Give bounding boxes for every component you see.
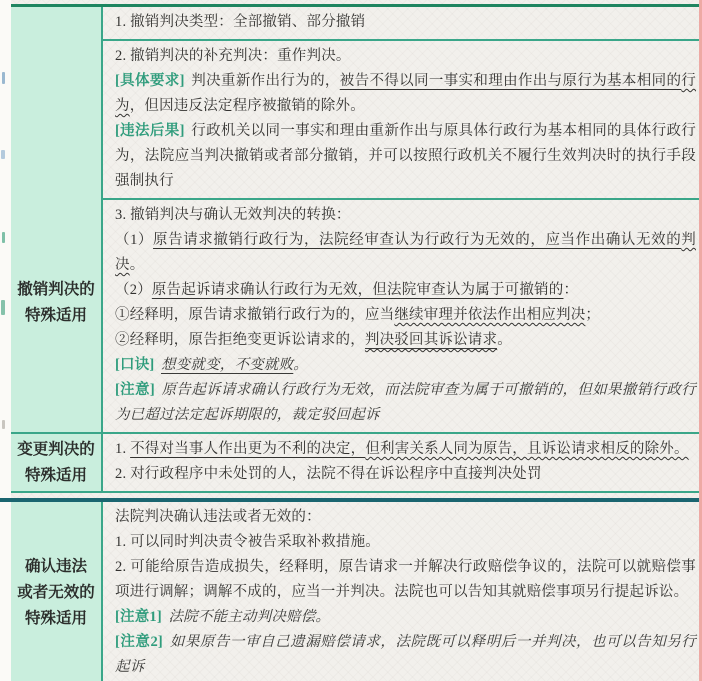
bracket-label: [注意1] [115,609,162,625]
book-page: 撤销判决的特殊适用1. 撤销判决类型：全部撤销、部分撤销2. 撤销判决的补充判决… [0,0,702,681]
scan-artifact [2,420,5,429]
text-segment: （1） [115,232,153,248]
table-cell-2-1: 1. 不得对当事人作出更为不利的决定，但利害关系人同为原告，且诉讼请求相反的除外… [103,434,702,491]
section-divider [0,498,702,502]
row-content-column: 1. 不得对当事人作出更为不利的决定，但利害关系人同为原告，且诉讼请求相反的除外… [103,434,702,491]
text-segment: ①经释明，原告请求撤销行政行为的，应当 [115,307,394,323]
paragraph: ②经释明，原告拒绝变更诉讼请求的，判决驳回其诉讼请求。 [115,328,696,353]
row-header-1: 撤销判决的特殊适用 [11,7,103,432]
text-segment: ； [585,307,600,323]
text-segment: 2. 撤销判决的补充判决：重作判决。 [115,48,351,64]
text-segment: 1. [115,441,130,457]
scan-artifact [1,150,5,159]
paragraph: 1. 可以同时判决责令被告采取补救措施。 [115,530,696,555]
row-header-3: 确认违法或者无效的特殊适用 [11,502,103,681]
row-header-line: 确认违法 [25,554,87,580]
table-cell-1-2: 2. 撤销判决的补充判决：重作判决。[具体要求]判决重新作出行为的，被告不得以同… [103,39,702,198]
text-segment: ②经释明，原告拒绝变更诉讼请求的， [115,332,365,348]
text-segment: ，但因违反法定程序被撤销的除外。 [130,98,365,114]
text-segment: 法院判决确认违法或者无效的： [115,509,321,525]
row-header-2: 变更判决的特殊适用 [11,434,103,491]
table-row-group-2: 变更判决的特殊适用1. 不得对当事人作出更为不利的决定，但利害关系人同为原告，且… [11,432,702,491]
text-segment: 法院不能主动判决赔偿。 [168,609,330,625]
text-segment: ： [563,282,578,298]
text-segment: 行政机关以同一事实和理由重新作出与原具体行政行为基本相同的具体行政行为，法院应当… [115,123,696,189]
paragraph: 法院判决确认违法或者无效的： [115,505,696,530]
row-header-line: 变更判决的 [17,437,95,463]
bracket-label: [具体要求] [115,73,185,89]
text-segment: 想变就变，不变就败 [161,357,293,373]
text-segment: 原告起诉请求确认行政行为无效，而法院审查为属于可撤销的，但如果撤销行政行为已超过… [115,382,696,423]
row-header-line: 特殊适用 [25,303,87,329]
paragraph: （1）原告请求撤销行政行为，法院经审查认为行政行为无效的，应当作出确认无效的判决… [115,228,696,278]
table-cell-3-1: 法院判决确认违法或者无效的：1. 可以同时判决责令被告采取补救措施。2. 可能给… [103,502,702,681]
text-segment: 3. 撤销判决与确认无效判决的转换： [115,207,351,223]
paragraph: 2. 对行政程序中未处罚的人，法院不得在诉讼程序中直接判决处罚 [115,462,696,487]
row-header-line: 特殊适用 [25,463,87,489]
text-segment: 但利害关系人同为原告，且诉讼请求相反的除外。 [365,441,688,457]
text-segment: 原告起诉请求确认行政行为无效，但法院审查认为属于可撤销的 [152,282,564,298]
row-content-column: 1. 撤销判决类型：全部撤销、部分撤销2. 撤销判决的补充判决：重作判决。[具体… [103,7,702,432]
paragraph: [注意1]法院不能主动判决赔偿。 [115,605,696,630]
paragraph: 3. 撤销判决与确认无效判决的转换： [115,203,696,228]
paragraph: [具体要求]判决重新作出行为的，被告不得以同一事实和理由作出与原行为基本相同的行… [115,69,696,119]
page-left-margin [0,0,11,681]
text-segment: 判决驳回其诉讼请求 [365,332,497,349]
paragraph: 1. 不得对当事人作出更为不利的决定，但利害关系人同为原告，且诉讼请求相反的除外… [115,437,696,462]
table-row-group-3: 确认违法或者无效的特殊适用法院判决确认违法或者无效的：1. 可以同时判决责令被告… [11,502,702,681]
row-content-column: 法院判决确认违法或者无效的：1. 可以同时判决责令被告采取补救措施。2. 可能给… [103,502,702,681]
text-segment: 被告不得以同一事实和理由作出与原行为基本相同的 [340,73,682,89]
text-segment: 不得对当事人作出更为不利的决定， [130,441,365,457]
paragraph: 1. 撤销判决类型：全部撤销、部分撤销 [115,10,696,35]
paragraph: [注意2]如果原告一审自己遗漏赔偿请求，法院既可以释明后一并判决，也可以告知另行… [115,630,696,680]
text-segment: 1. 撤销判决类型：全部撤销、部分撤销 [115,14,365,30]
row-header-line: 特殊适用 [25,606,87,632]
paragraph: 2. 可能给原告造成损失，经释明，原告请求一并解决行政赔偿争议的，法院可以就赔偿… [115,555,696,605]
text-segment: 如果原告一审自己遗漏赔偿请求，法院既可以释明后一并判决，也可以告知另行起诉 [115,634,696,675]
text-segment: 继续审理并依法作出相应判决 [394,307,585,323]
text-segment: 原告请求撤销行政行为，法院经审查认为行政行为无效的，应当作出确认无效的 [153,232,681,248]
text-segment: 判决重新作出行为的， [191,73,340,89]
paragraph: 2. 撤销判决的补充判决：重作判决。 [115,44,696,69]
scan-artifact [2,72,5,84]
paragraph: [口诀]想变就变，不变就败。 [115,353,696,378]
bracket-label: [注意2] [115,634,163,650]
bracket-label: [违法后果] [115,123,185,139]
text-segment: 。 [130,257,145,273]
table-cell-1-3: 3. 撤销判决与确认无效判决的转换：（1）原告请求撤销行政行为，法院经审查认为行… [103,198,702,432]
row-header-line: 或者无效的 [17,580,95,606]
text-segment: 2. 可能给原告造成损失，经释明，原告请求一并解决行政赔偿争议的，法院可以就赔偿… [115,559,696,600]
scan-artifact [2,232,5,243]
table-row-group-1: 撤销判决的特殊适用1. 撤销判决类型：全部撤销、部分撤销2. 撤销判决的补充判决… [11,7,702,432]
judgment-table-lower: 确认违法或者无效的特殊适用法院判决确认违法或者无效的：1. 可以同时判决责令被告… [11,502,702,681]
row-header-line: 撤销判决的 [17,277,95,303]
judgment-table-upper: 撤销判决的特殊适用1. 撤销判决类型：全部撤销、部分撤销2. 撤销判决的补充判决… [11,4,702,493]
text-segment: 。 [293,357,308,373]
bracket-label: [口诀] [115,357,154,373]
table-cell-1-1: 1. 撤销判决类型：全部撤销、部分撤销 [103,7,702,39]
paragraph: （2）原告起诉请求确认行政行为无效，但法院审查认为属于可撤销的： [115,278,696,303]
text-segment: 1. 可以同时判决责令被告采取补救措施。 [115,534,380,550]
scan-artifact [1,300,5,315]
paragraph: ①经释明，原告请求撤销行政行为的，应当继续审理并依法作出相应判决； [115,303,696,328]
text-segment: 2. 对行政程序中未处罚的人，法院不得在诉讼程序中直接判决处罚 [115,466,542,482]
text-segment: （2） [115,282,152,298]
text-segment: 。 [497,332,512,348]
paragraph: [违法后果]行政机关以同一事实和理由重新作出与原具体行政行为基本相同的具体行政行… [115,119,696,194]
bracket-label: [注意] [115,382,155,398]
paragraph: [注意]原告起诉请求确认行政行为无效，而法院审查为属于可撤销的，但如果撤销行政行… [115,378,696,428]
